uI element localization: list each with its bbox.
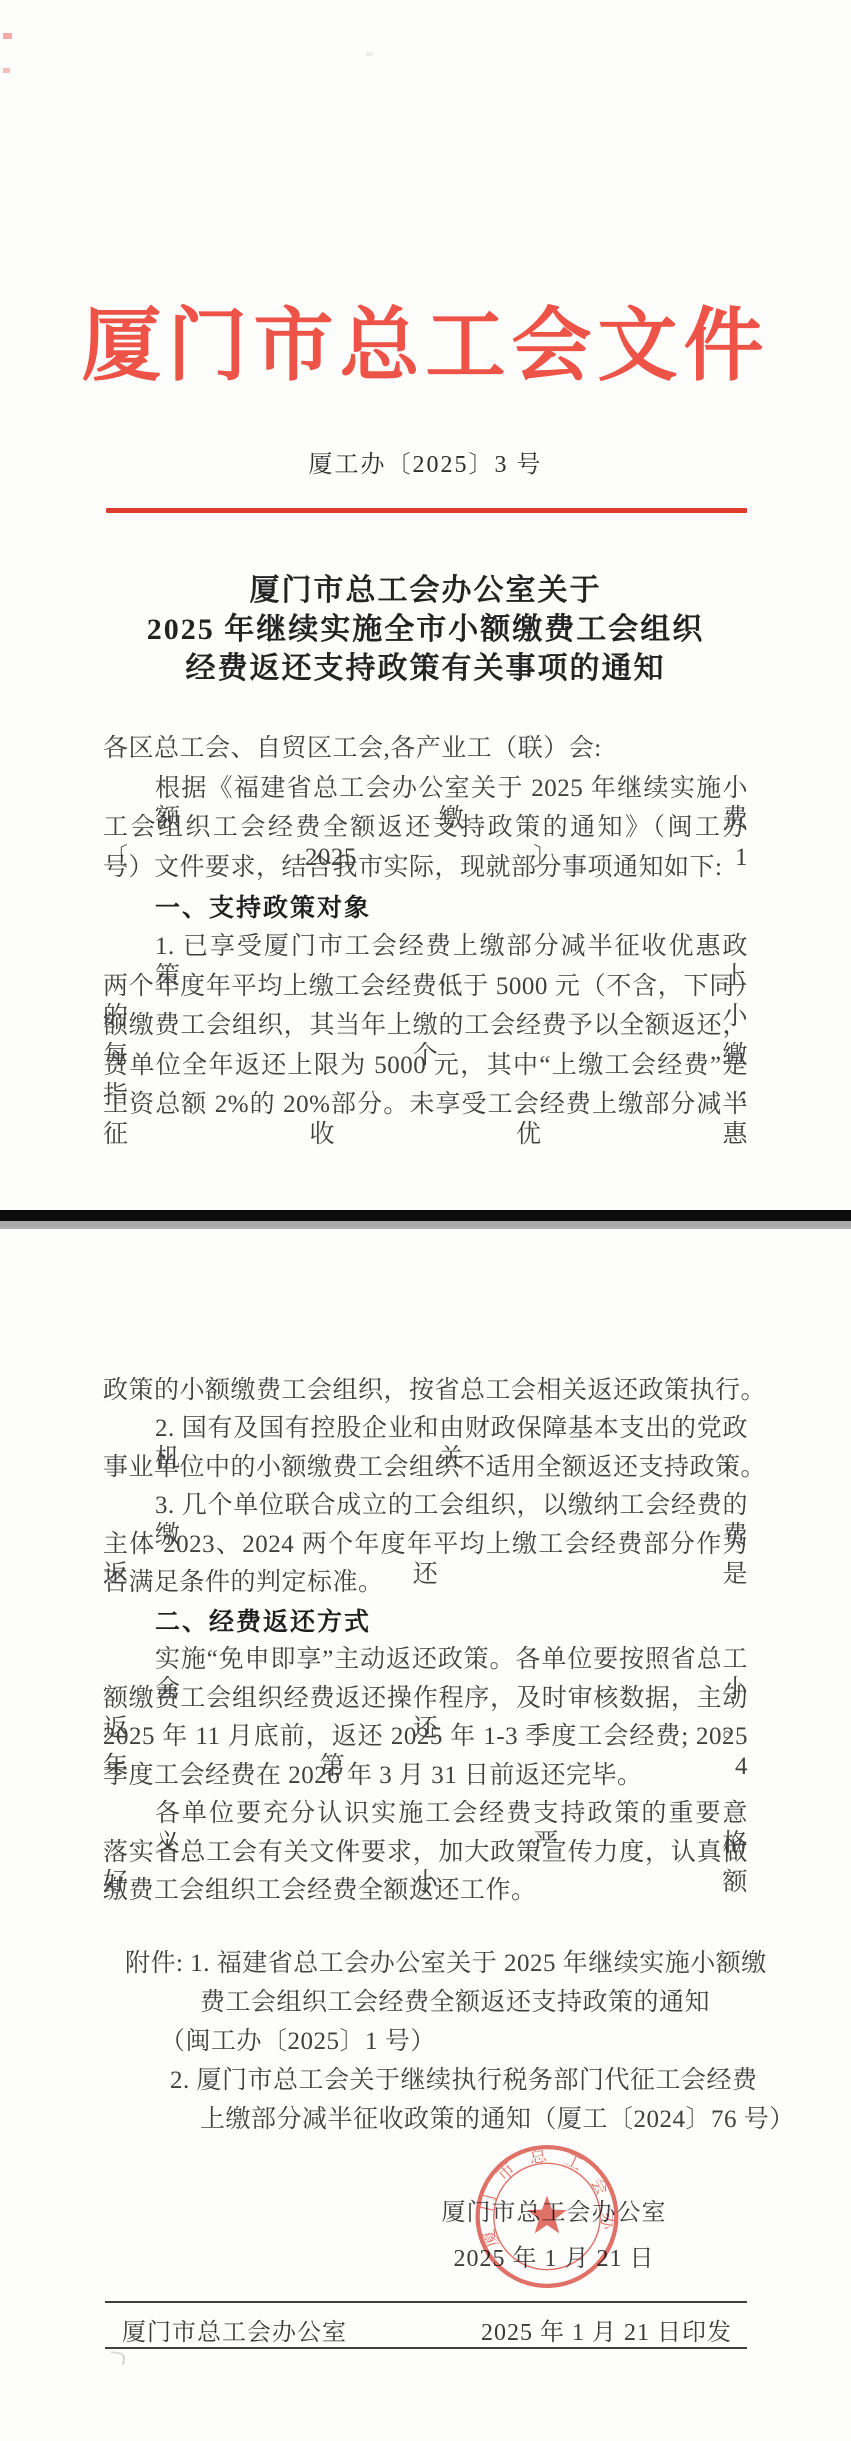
signature-date: 2025 年 1 月 21 日 [428, 2238, 680, 2273]
attachment-line: 费工会组织工会经费全额返还支持政策的通知 [200, 1982, 710, 2018]
body-line: 政策的小额缴费工会组织，按省总工会相关返还政策执行。 [103, 1376, 748, 1406]
section-heading: 一、支持政策对象 [103, 893, 748, 923]
attachment-line: 上缴部分减半征收政策的通知（厦工〔2024〕76 号） [200, 2099, 795, 2135]
salutation-line: 各区总工会、自贸区工会,各产业工（联）会: [103, 734, 748, 764]
footer-top-rule [105, 2301, 747, 2303]
doc-title-line: 经费返还支持政策有关事项的通知 [0, 652, 851, 687]
body-line: 否满足条件的判定标准。 [103, 1568, 748, 1598]
attachment-line: 附件: 1. 福建省总工会办公室关于 2025 年继续实施小额缴 [125, 1943, 767, 1979]
signature-block: 厦门市总工会办公室 2025 年 1 月 21 日 [428, 2192, 680, 2273]
doc-title-line: 厦门市总工会办公室关于 [0, 574, 851, 609]
signature-org: 厦门市总工会办公室 [428, 2192, 680, 2227]
attachment-line: 2. 厦门市总工会关于继续执行税务部门代征工会经费 [170, 2060, 758, 2096]
scan-artifact-red [3, 68, 10, 73]
page-separator [0, 1210, 851, 1221]
scan-artifact-squiggle [109, 2351, 126, 2365]
body-line: 季度工会经费在 2026 年 3 月 31 日前返还完毕。 [103, 1761, 748, 1791]
footer-bottom-rule [105, 2347, 747, 2349]
body-line: 号）文件要求，结合我市实际，现就部分事项通知如下: [103, 853, 748, 883]
org-letterhead-title: 厦门市总工会文件 [0, 304, 851, 390]
doc-number: 厦工办〔2025〕3 号 [0, 444, 851, 479]
page-separator-edge [0, 1227, 851, 1229]
body-line: 缴费工会组织工会经费全额返还工作。 [103, 1876, 748, 1906]
footer-print-date: 2025 年 1 月 21 日印发 [480, 2312, 732, 2347]
body-line: 事业单位中的小额缴费工会组织不适用全额返还支持政策。 [103, 1453, 748, 1483]
section-heading: 二、经费返还方式 [103, 1607, 748, 1637]
scan-artifact-red [3, 33, 12, 39]
red-divider-rule [106, 508, 747, 513]
footer-issuing-office: 厦门市总工会办公室 [122, 2312, 347, 2347]
attachment-line: （闽工办〔2025〕1 号） [160, 2021, 436, 2057]
body-line: 工资总额 2%的 20%部分。未享受工会经费上缴部分减半征收优惠 [103, 1090, 748, 1150]
doc-title-line: 2025 年继续实施全市小额缴费工会组织 [0, 613, 851, 648]
scan-artifact-gray [366, 52, 373, 56]
scanned-document: 厦门市总工会文件 厦工办〔2025〕3 号 厦门市总工会办公室关于 2025 年… [0, 0, 851, 2441]
